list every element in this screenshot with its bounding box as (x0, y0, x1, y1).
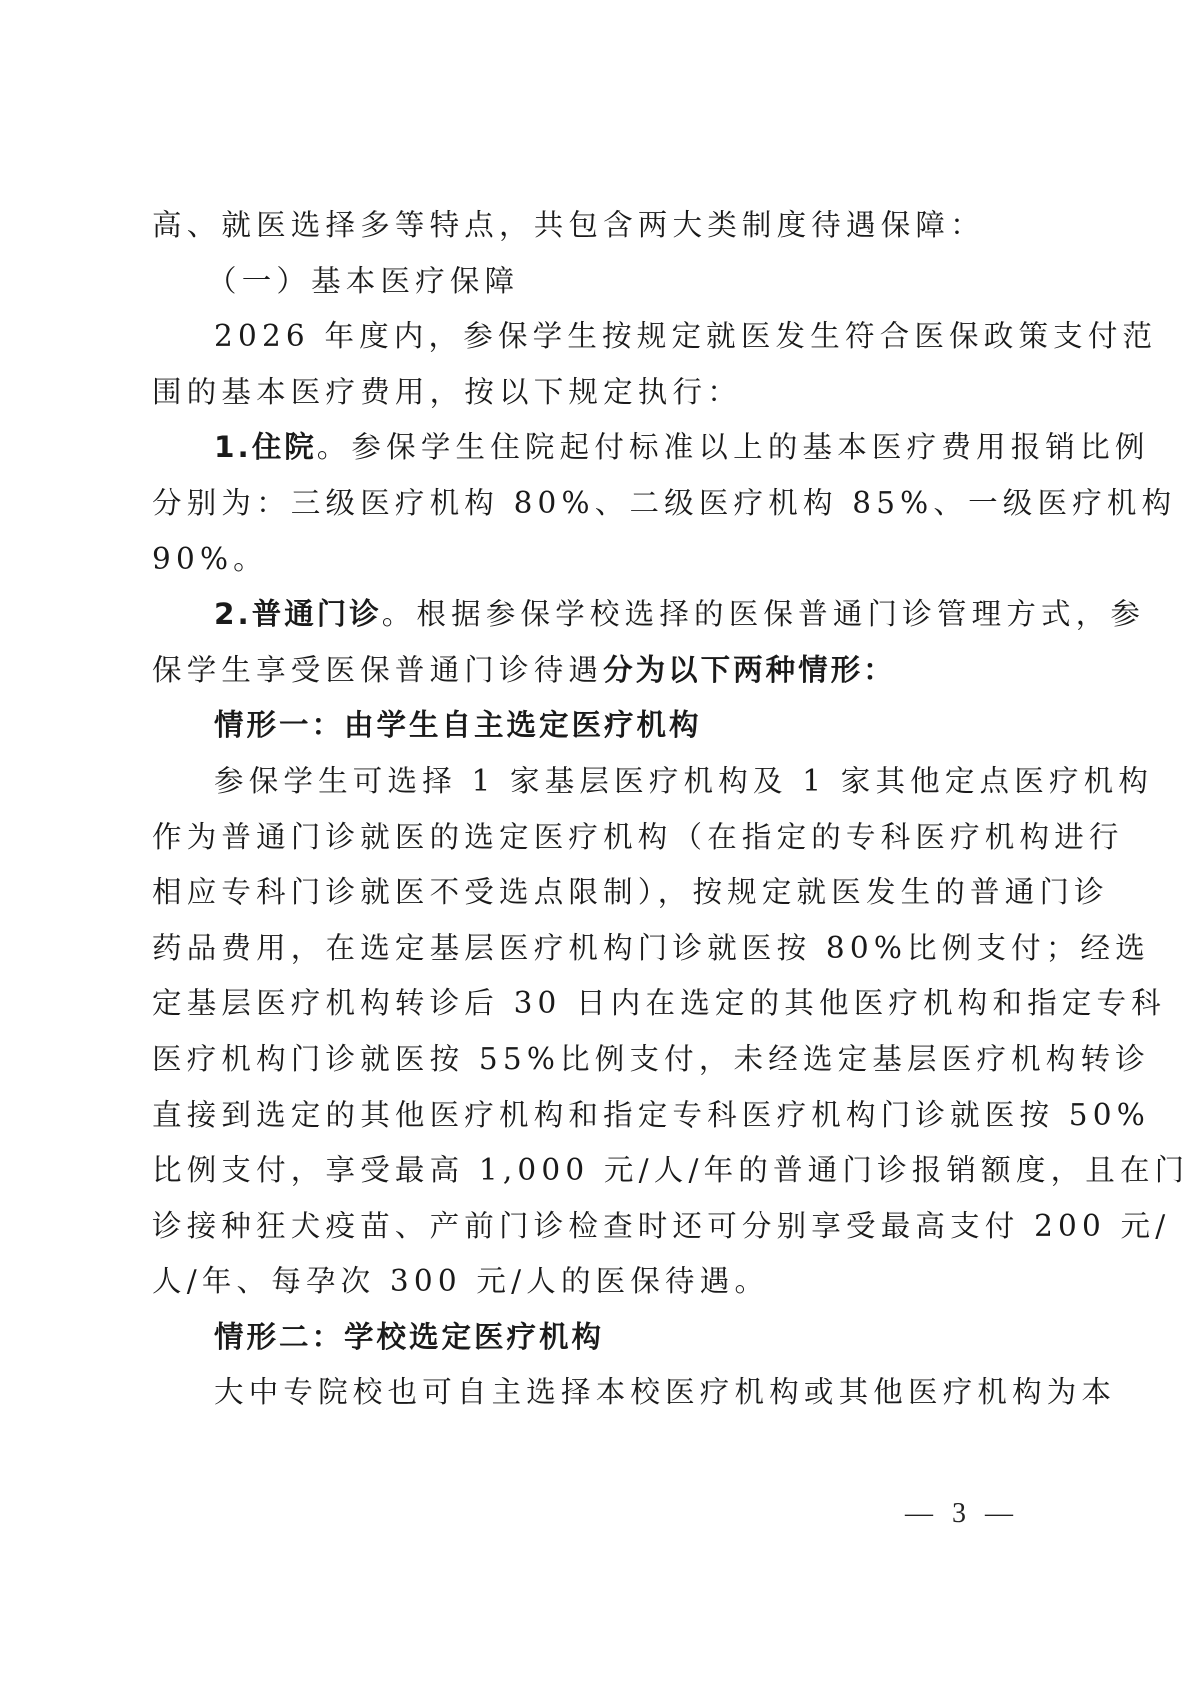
paragraph-line: 高、就医选择多等特点，共包含两大类制度待遇保障： (152, 198, 1042, 254)
paragraph-line: 参保学生可选择 1 家基层医疗机构及 1 家其他定点医疗机构 (152, 754, 1042, 810)
paragraph-line: 围的基本医疗费用，按以下规定执行： (152, 365, 1042, 421)
line-text: 药品费用，在选定基层医疗机构门诊就医按 80%比例支付；经选 (152, 931, 1150, 965)
line-text: 定基层医疗机构转诊后 30 日内在选定的其他医疗机构和指定专科 (152, 986, 1166, 1020)
paragraph-line: 定基层医疗机构转诊后 30 日内在选定的其他医疗机构和指定专科 (152, 976, 1042, 1032)
heading-text: （一）基本医疗保障 (207, 264, 519, 298)
line-text: 。根据参保学校选择的医保普通门诊管理方式，参 (382, 597, 1145, 631)
paragraph-line: 相应专科门诊就医不受选点限制），按规定就医发生的普通门诊 (152, 865, 1042, 921)
paragraph-line: 直接到选定的其他医疗机构和指定专科医疗机构门诊就医按 50% (152, 1088, 1042, 1144)
document-body: 高、就医选择多等特点，共包含两大类制度待遇保障： （一）基本医疗保障 2026 … (152, 198, 1042, 1421)
line-text: 2026 年度内，参保学生按规定就医发生符合医保政策支付范 (214, 319, 1157, 353)
paragraph-line: 大中专院校也可自主选择本校医疗机构或其他医疗机构为本 (152, 1365, 1042, 1421)
line-text: 大中专院校也可自主选择本校医疗机构或其他医疗机构为本 (214, 1375, 1116, 1409)
line-text: 医疗机构门诊就医按 55%比例支付，未经选定基层医疗机构转诊 (152, 1042, 1150, 1076)
line-text: 。参保学生住院起付标准以上的基本医疗费用报销比例 (317, 430, 1150, 464)
line-text: 高、就医选择多等特点，共包含两大类制度待遇保障： (152, 208, 985, 242)
paragraph-line: 作为普通门诊就医的选定医疗机构（在指定的专科医疗机构进行 (152, 810, 1042, 866)
line-text: 诊接种狂犬疫苗、产前门诊检查时还可分别享受最高支付 200 元/ (152, 1209, 1170, 1243)
line-text: 直接到选定的其他医疗机构和指定专科医疗机构门诊就医按 50% (152, 1098, 1150, 1132)
line-text: 围的基本医疗费用，按以下规定执行： (152, 375, 742, 409)
line-text: 比例支付，享受最高 1,000 元/人/年的普通门诊报销额度，且在门 (152, 1153, 1189, 1187)
case-two-heading: 情形二：学校选定医疗机构 (152, 1310, 1042, 1366)
paragraph-line: 分别为：三级医疗机构 80%、二级医疗机构 85%、一级医疗机构 (152, 476, 1042, 532)
line-text: 90%。 (152, 542, 268, 576)
case-one-heading: 情形一：由学生自主选定医疗机构 (152, 698, 1042, 754)
item-title: 1.住院 (214, 430, 317, 464)
paragraph-line: 2026 年度内，参保学生按规定就医发生符合医保政策支付范 (152, 309, 1042, 365)
section-heading-basic-medical-insurance: （一）基本医疗保障 (152, 254, 1042, 310)
paragraph-line: 90%。 (152, 532, 1042, 588)
page-number: — 3 — (905, 1498, 1019, 1530)
paragraph-line: 人/年、每孕次 300 元/人的医保待遇。 (152, 1254, 1042, 1310)
paragraph-line: 保学生享受医保普通门诊待遇分为以下两种情形： (152, 643, 1042, 699)
item-outpatient: 2.普通门诊。根据参保学校选择的医保普通门诊管理方式，参 (152, 587, 1042, 643)
line-text: 作为普通门诊就医的选定医疗机构（在指定的专科医疗机构进行 (152, 820, 1124, 854)
emphasis-text: 分为以下两种情形： (603, 653, 896, 687)
paragraph-line: 医疗机构门诊就医按 55%比例支付，未经选定基层医疗机构转诊 (152, 1032, 1042, 1088)
line-text: 相应专科门诊就医不受选点限制），按规定就医发生的普通门诊 (152, 875, 1109, 909)
document-page: 高、就医选择多等特点，共包含两大类制度待遇保障： （一）基本医疗保障 2026 … (0, 0, 1189, 1683)
line-text: 参保学生可选择 1 家基层医疗机构及 1 家其他定点医疗机构 (214, 764, 1153, 798)
line-text: 人/年、每孕次 300 元/人的医保待遇。 (152, 1264, 769, 1298)
heading-text: 情形二：学校选定医疗机构 (214, 1320, 604, 1354)
item-hospitalization: 1.住院。参保学生住院起付标准以上的基本医疗费用报销比例 (152, 420, 1042, 476)
item-title: 2.普通门诊 (214, 597, 382, 631)
paragraph-line: 药品费用，在选定基层医疗机构门诊就医按 80%比例支付；经选 (152, 921, 1042, 977)
heading-text: 情形一：由学生自主选定医疗机构 (214, 708, 702, 742)
line-text: 保学生享受医保普通门诊待遇 (152, 653, 603, 687)
paragraph-line: 诊接种狂犬疫苗、产前门诊检查时还可分别享受最高支付 200 元/ (152, 1199, 1042, 1255)
line-text: 分别为：三级医疗机构 80%、二级医疗机构 85%、一级医疗机构 (152, 486, 1176, 520)
paragraph-line: 比例支付，享受最高 1,000 元/人/年的普通门诊报销额度，且在门 (152, 1143, 1042, 1199)
